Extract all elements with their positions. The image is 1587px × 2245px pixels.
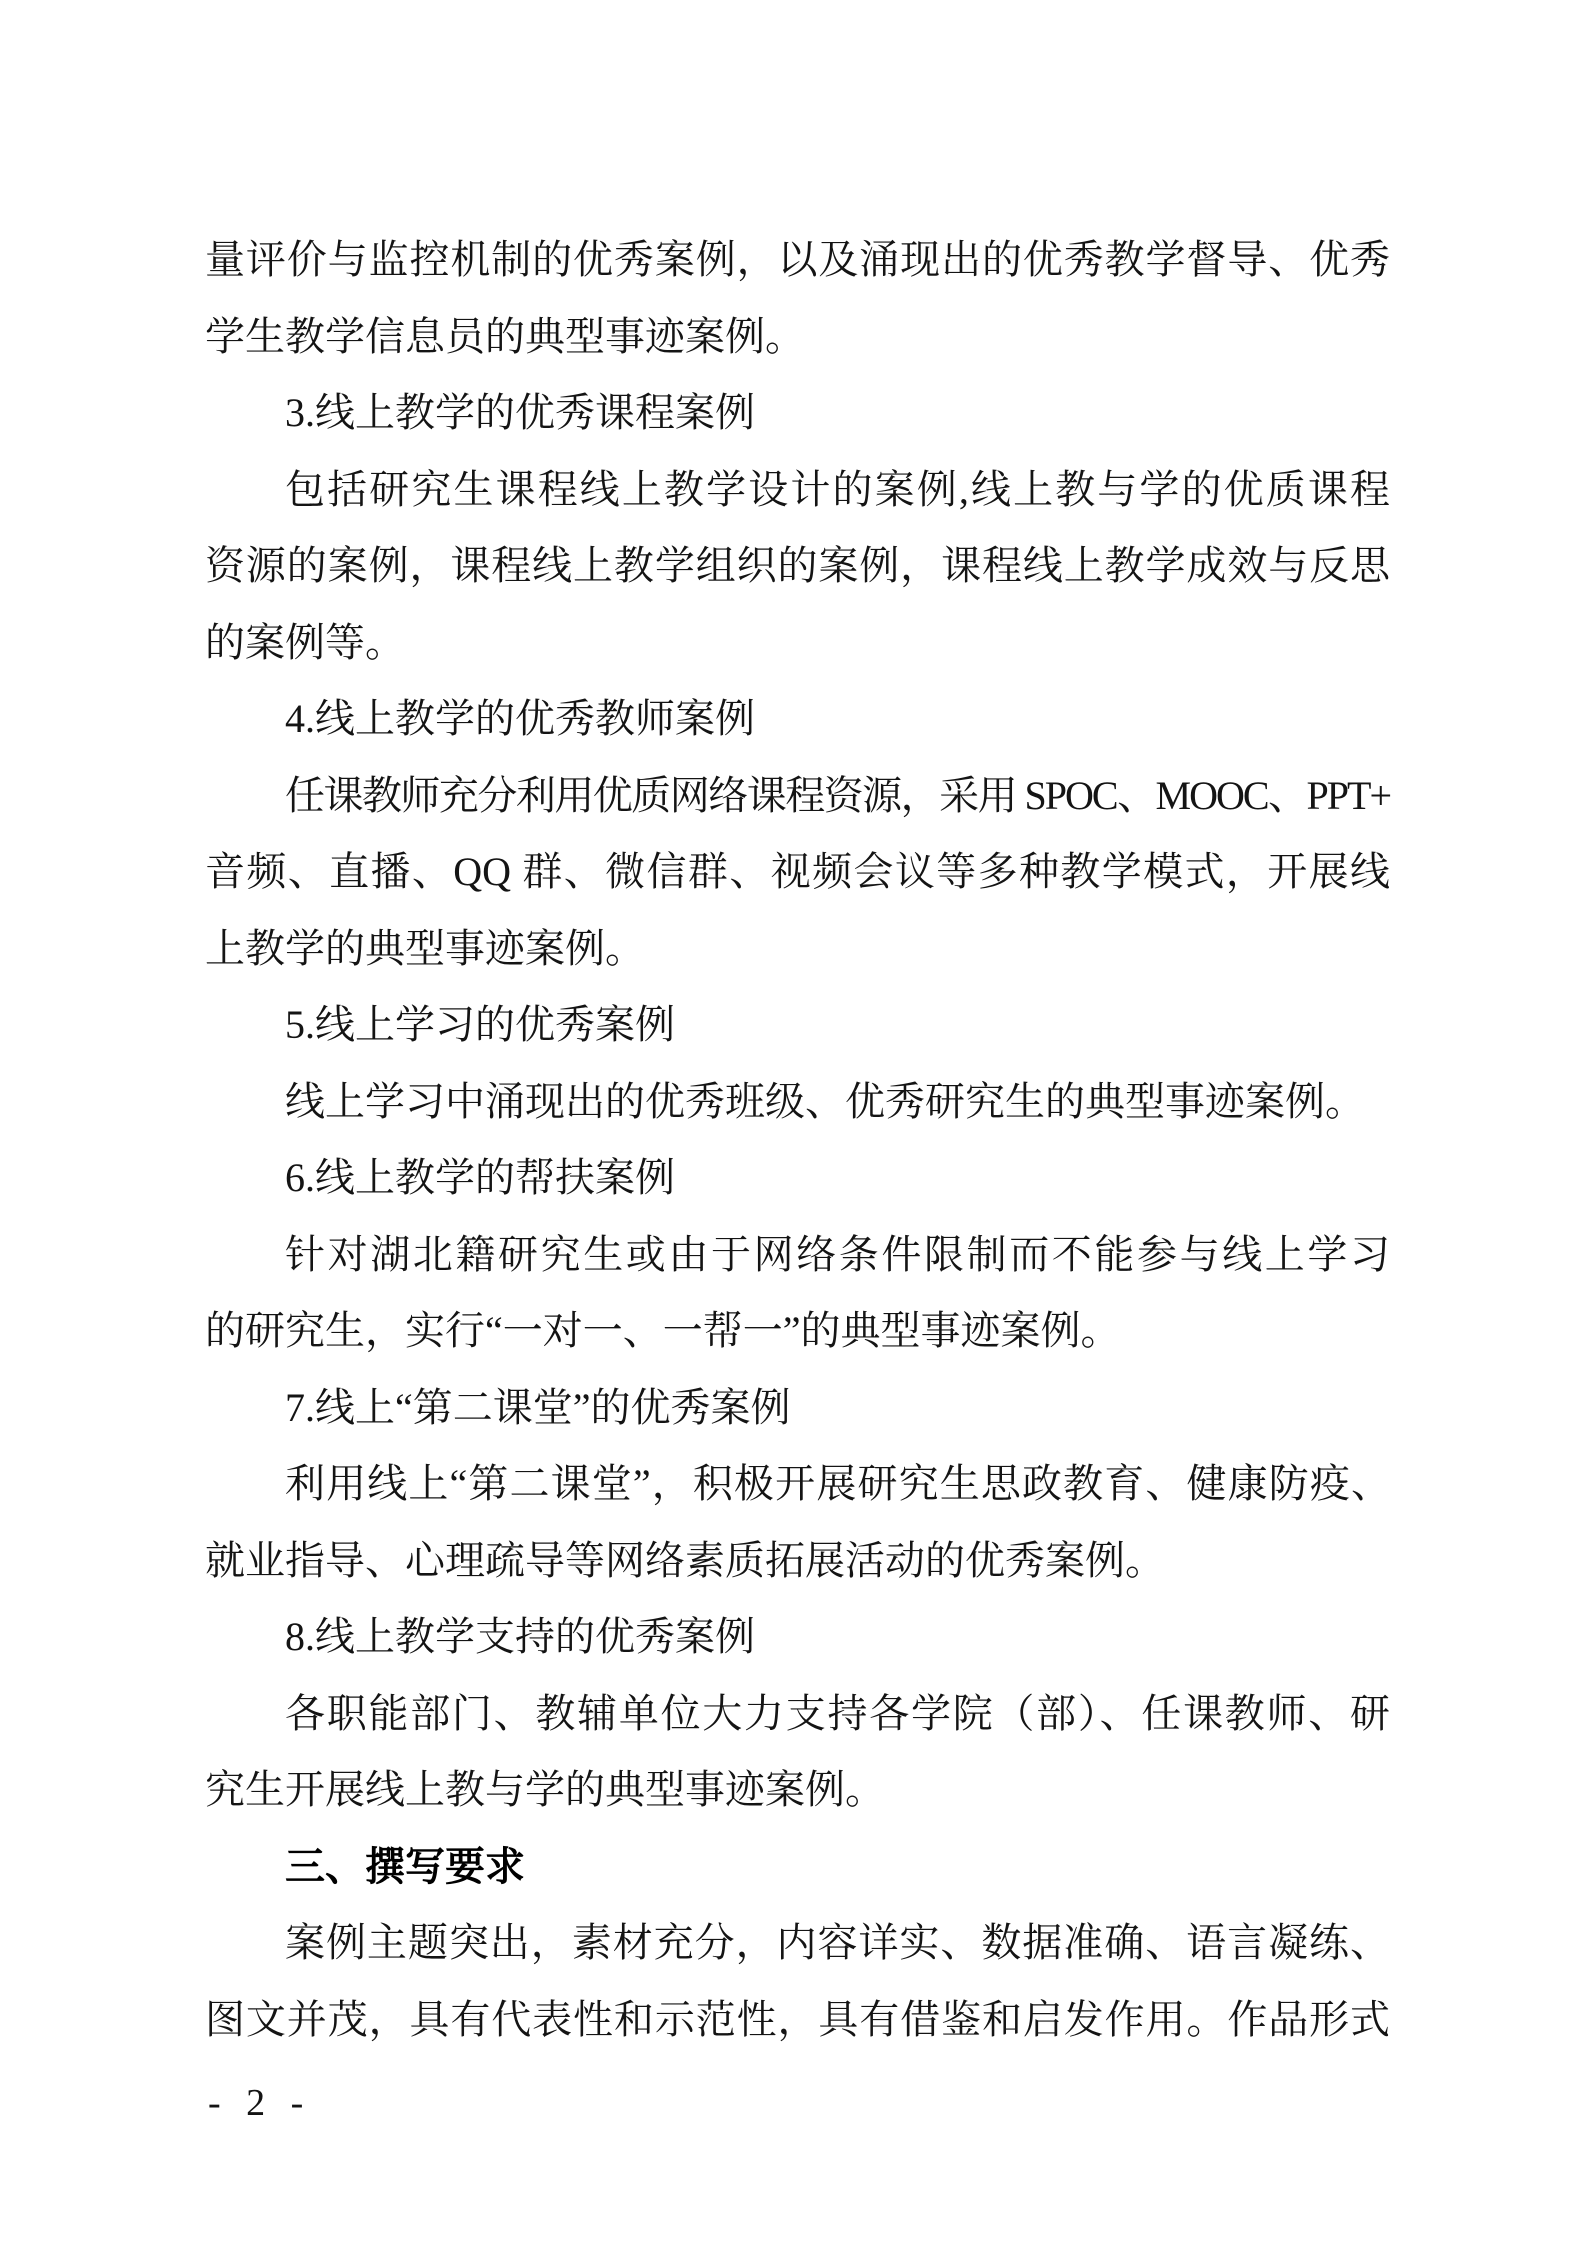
body-line: 量评价与监控机制的优秀案例，以及涌现出的优秀教学督导、优秀 — [205, 222, 1390, 299]
body-line: 的研究生，实行“一对一、一帮一”的典型事迹案例。 — [205, 1293, 1390, 1370]
section-heading: 3.线上教学的优秀课程案例 — [205, 375, 1390, 452]
body-line: 各职能部门、教辅单位大力支持各学院（部）、任课教师、研 — [205, 1676, 1390, 1753]
section-heading: 8.线上教学支持的优秀案例 — [205, 1599, 1390, 1676]
body-line: 就业指导、心理疏导等网络素质拓展活动的优秀案例。 — [205, 1523, 1390, 1600]
body-line: 案例主题突出，素材充分，内容详实、数据准确、语言凝练、 — [205, 1905, 1390, 1982]
body-line: 音频、直播、QQ 群、微信群、视频会议等多种教学模式，开展线 — [205, 834, 1390, 911]
document-page: 量评价与监控机制的优秀案例，以及涌现出的优秀教学督导、优秀 学生教学信息员的典型… — [0, 0, 1587, 2245]
page-number: - 2 - — [208, 2079, 311, 2127]
body-line: 的案例等。 — [205, 605, 1390, 682]
body-line: 上教学的典型事迹案例。 — [205, 911, 1390, 988]
section-heading: 4.线上教学的优秀教师案例 — [205, 681, 1390, 758]
body-line: 学生教学信息员的典型事迹案例。 — [205, 299, 1390, 376]
section-heading: 7.线上“第二课堂”的优秀案例 — [205, 1370, 1390, 1447]
section-heading: 6.线上教学的帮扶案例 — [205, 1140, 1390, 1217]
body-line: 利用线上“第二课堂”，积极开展研究生思政教育、健康防疫、 — [205, 1446, 1390, 1523]
body-line: 任课教师充分利用优质网络课程资源，采用 SPOC、MOOC、PPT+ — [205, 758, 1390, 835]
body-line: 资源的案例，课程线上教学组织的案例，课程线上教学成效与反思 — [205, 528, 1390, 605]
body-line: 图文并茂，具有代表性和示范性，具有借鉴和启发作用。作品形式 — [205, 1982, 1390, 2059]
body-line: 究生开展线上教与学的典型事迹案例。 — [205, 1752, 1390, 1829]
body-line: 针对湖北籍研究生或由于网络条件限制而不能参与线上学习 — [205, 1217, 1390, 1294]
section-heading-bold: 三、撰写要求 — [205, 1829, 1390, 1906]
section-heading: 5.线上学习的优秀案例 — [205, 987, 1390, 1064]
body-line: 线上学习中涌现出的优秀班级、优秀研究生的典型事迹案例。 — [205, 1064, 1390, 1141]
document-body: 量评价与监控机制的优秀案例，以及涌现出的优秀教学督导、优秀 学生教学信息员的典型… — [205, 222, 1390, 2058]
body-line: 包括研究生课程线上教学设计的案例,线上教与学的优质课程 — [205, 452, 1390, 529]
